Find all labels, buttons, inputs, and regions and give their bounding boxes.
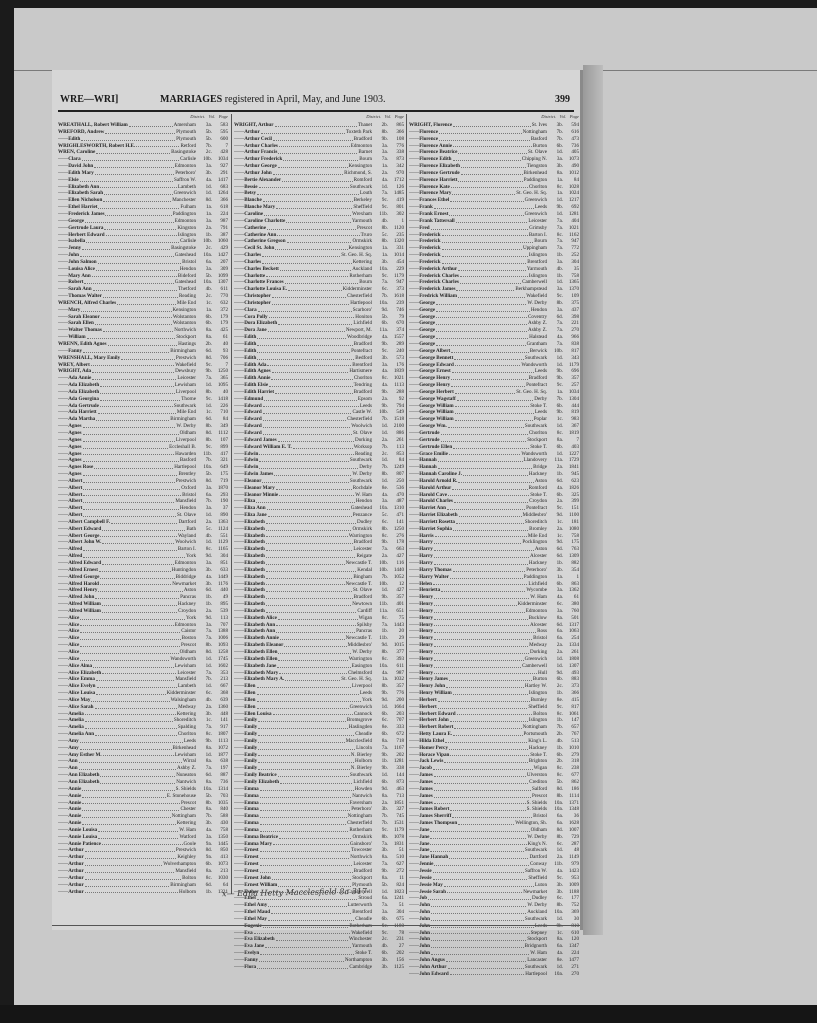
entry-name: Elizabeth Jane: [234, 663, 276, 670]
entry-row: HenryW. Ham4a.61: [409, 594, 579, 601]
entry-row: AliceEdmonton3a.707: [58, 622, 228, 629]
leader-dots: [266, 587, 352, 592]
entry-volume: 8b.: [372, 834, 388, 841]
entry-page: 1310: [388, 505, 404, 512]
entry-name: Emma Mary: [234, 841, 272, 848]
entry-district: Gainsboro': [350, 841, 372, 848]
entry-volume: 8b.: [547, 793, 563, 800]
leader-dots: [85, 724, 177, 729]
entry-page: 675: [388, 916, 404, 923]
entry-volume: 3b.: [196, 820, 212, 827]
entry-name: Ellen: [234, 690, 256, 697]
entry-name: Alice: [58, 622, 79, 629]
entry-volume: 8b.: [547, 834, 563, 841]
entry-name: Arthur: [58, 861, 84, 868]
entry-row: Elizabeth EllenW. Derby8b.377: [234, 649, 404, 656]
entry-volume: 3a.: [196, 622, 212, 629]
leader-dots: [450, 574, 523, 579]
entry-page: 11: [388, 875, 404, 882]
entry-volume: 2a.: [547, 498, 563, 505]
entry-row: Harry ThomasPeterboro'3b.354: [409, 567, 579, 574]
entry-district: Brentford: [352, 362, 372, 369]
entry-volume: 7a.: [372, 622, 388, 629]
entry-name: Edwin James: [234, 471, 273, 478]
entry-row: EmmaFaversham2a.1851: [234, 800, 404, 807]
entry-page: 302: [388, 211, 404, 218]
entry-volume: 2a.: [372, 170, 388, 177]
entry-page: 1024: [563, 190, 579, 197]
entry-volume: 6d.: [196, 772, 212, 779]
entry-page: 1826: [563, 485, 579, 492]
entry-district: Chester: [180, 806, 196, 813]
entry-name: Harry: [409, 546, 433, 553]
entry-row: James ThompsonWellington, Sh.6a.1628: [409, 820, 579, 827]
leader-dots: [269, 314, 355, 319]
entry-volume: 3a.: [372, 149, 388, 156]
entry-row: EvelynStoke T.6b.202: [234, 950, 404, 957]
entry-volume: 9c.: [547, 382, 563, 389]
entry-district: Dorking: [355, 437, 372, 444]
entry-name: Elizabeth: [234, 533, 265, 540]
entry-name: Harry: [409, 553, 433, 560]
entry-name: Ellen Nicholson: [58, 197, 102, 204]
entry-page: 84: [212, 416, 228, 423]
entry-volume: 9b.: [372, 389, 388, 396]
entry-district: Greenwich: [174, 190, 196, 197]
leader-dots: [258, 765, 350, 770]
entry-volume: 1c.: [196, 300, 212, 307]
leader-dots: [102, 560, 174, 565]
register-column-3: District. Vol. Page WRIGHT, FlorenceSt. …: [406, 114, 579, 894]
entry-volume: 6b.: [372, 916, 388, 923]
entry-volume: 3b.: [372, 259, 388, 266]
entry-row: Harriet ElizabethMiddlesbro'9d.1100: [409, 512, 579, 519]
leader-dots: [439, 136, 530, 141]
entry-page: 551: [212, 533, 228, 540]
entry-name: George: [409, 341, 435, 348]
entry-district: Lichfield: [528, 581, 547, 588]
entry-volume: 1b.: [196, 889, 212, 896]
entry-row: Alice ElizabethLeicester7a.353: [58, 670, 228, 677]
entry-volume: 9c.: [547, 293, 563, 300]
entry-row: Ada ElizabethLiverpool8b.40: [58, 389, 228, 396]
entry-page: 425: [212, 327, 228, 334]
entry-name: Elizabeth: [234, 574, 265, 581]
entry-page: 79: [388, 314, 404, 321]
entry-district: Bourn: [359, 156, 372, 163]
entry-name: George: [409, 300, 435, 307]
entry-district: Bromsgrove: [347, 717, 372, 724]
entry-row: Elizabeth EleanorMiddlesbro'9d.1015: [234, 642, 404, 649]
entry-row: EdithPlymouth5b.600: [58, 136, 228, 143]
entry-row: ElizabethLeicester7a.663: [234, 546, 404, 553]
entry-name: Annie: [58, 800, 81, 807]
entry-page: 1557: [388, 334, 404, 341]
entry-row: Elizabeth AnnSpilsby7a.1443: [234, 622, 404, 629]
leader-dots: [283, 156, 358, 161]
entry-volume: 5b.: [196, 273, 212, 280]
entry-volume: 7a.: [547, 218, 563, 225]
entry-name: Arthur Cecil: [234, 136, 272, 143]
entry-name: Annie: [58, 813, 81, 820]
leader-dots: [263, 423, 350, 428]
entry-district: Greenwich: [525, 656, 547, 663]
entry-page: 1729: [563, 457, 579, 464]
entry-page: 276: [388, 533, 404, 540]
entry-page: 763: [563, 546, 579, 553]
entry-district: Southwark: [350, 457, 372, 464]
entry-name: Elizabeth: [234, 567, 265, 574]
entry-district: Coventry: [528, 314, 547, 321]
entry-name: Ada Elizabeth: [58, 389, 99, 396]
entry-page: 419: [388, 197, 404, 204]
entry-volume: 1c.: [547, 416, 563, 423]
entry-row: ElizabethBradford9b.178: [234, 539, 404, 546]
scan-bottom-border: [0, 1005, 817, 1023]
entry-volume: 7a.: [372, 190, 388, 197]
entry-row: Annie PatienceGoole9a.1445: [58, 841, 228, 848]
entry-row: ElizabethCardiff11a.651: [234, 608, 404, 615]
entry-district: Peterboro': [351, 806, 372, 813]
entry-row: Eleanor MinnieW. Ham4a.470: [234, 492, 404, 499]
entry-volume: 9b.: [547, 375, 563, 382]
entry-name: Hetty Laura E.: [409, 731, 452, 738]
entry-row: James SherriffBristol6a.36: [409, 813, 579, 820]
entry-volume: 11b.: [372, 211, 388, 218]
entry-volume: 8d.: [196, 478, 212, 485]
entry-volume: 6b.: [547, 444, 563, 451]
entry-row: GeorgeW. Derby8b.375: [409, 300, 579, 307]
leader-dots: [451, 348, 529, 353]
entry-row: AgnesBasford7b.321: [58, 457, 228, 464]
leader-dots: [94, 464, 173, 469]
leader-dots: [257, 697, 362, 702]
entry-district: Wigan: [534, 765, 547, 772]
entry-volume: 8c.: [547, 184, 563, 191]
leader-dots: [85, 847, 175, 852]
leader-dots: [258, 731, 354, 736]
leader-dots: [258, 758, 354, 763]
entry-volume: 8b.: [196, 642, 212, 649]
entry-row: FlorenceBasford7b.473: [409, 136, 579, 143]
entry-page: 1073: [212, 861, 228, 868]
leader-dots: [80, 738, 183, 743]
leader-dots: [100, 533, 177, 538]
entry-page: 1: [388, 218, 404, 225]
entry-volume: 8b.: [196, 437, 212, 444]
leader-dots: [455, 416, 533, 421]
entry-district: Bedford: [355, 355, 372, 362]
entry-name: Jessie May: [409, 882, 443, 889]
entry-row: JobDudley6c.177: [409, 895, 579, 902]
entry-volume: 7a.: [196, 628, 212, 635]
entry-name: Thomas Walter: [58, 293, 102, 300]
entry-name: Alfred Henry: [58, 587, 97, 594]
leader-dots: [257, 334, 346, 339]
entry-district: Yarmouth: [352, 218, 372, 225]
entry-district: W. Derby: [527, 300, 547, 307]
entry-district: Saffron W.: [174, 177, 196, 184]
page-title: MARRIAGES registered in April, May, and …: [160, 94, 385, 105]
entry-volume: 1d.: [196, 512, 212, 519]
entry-page: 819: [563, 409, 579, 416]
entry-page: 1099: [212, 273, 228, 280]
entry-district: Northwich: [174, 327, 196, 334]
entry-district: Edmonton: [175, 622, 196, 629]
leader-dots: [260, 861, 353, 866]
entry-row: AgnesLiverpool8b.107: [58, 437, 228, 444]
entry-district: Burton: [533, 143, 547, 150]
entry-name: Agnes: [58, 437, 82, 444]
entry-volume: 9c.: [547, 704, 563, 711]
entry-page: 887: [212, 772, 228, 779]
leader-dots: [434, 786, 531, 791]
entry-page: 1014: [388, 252, 404, 259]
entry-name: Emma: [234, 827, 259, 834]
entry-volume: 1d.: [372, 772, 388, 779]
entry-district: N. Bierley: [351, 752, 372, 759]
entry-district: Berwick: [530, 348, 547, 355]
entry-row: Eleanor MaryRochdale8e.536: [234, 485, 404, 492]
leader-dots: [83, 505, 179, 510]
entry-name: Emily: [234, 745, 257, 752]
entry-district: Pancras: [180, 594, 196, 601]
entry-row: Emma MaryGainsboro'7a.1831: [234, 841, 404, 848]
entry-name: Edith: [234, 341, 256, 348]
leader-dots: [82, 156, 180, 161]
entry-district: Southwark: [350, 478, 372, 485]
entry-volume: 2b.: [547, 731, 563, 738]
entry-page: 718: [388, 738, 404, 745]
entry-row: EdwinSouthwark1d.84: [234, 457, 404, 464]
leader-dots: [111, 519, 177, 524]
entry-page: 417: [212, 451, 228, 458]
entry-name: Herbert Edward: [409, 711, 456, 718]
leader-dots: [275, 245, 347, 250]
entry-page: 1347: [563, 943, 579, 950]
entry-district: Mansfield: [175, 676, 196, 683]
entry-district: Nottingham: [523, 724, 547, 731]
entry-district: Ashby Z.: [528, 327, 547, 334]
entry-row: BetsyLouth7a.1485: [234, 190, 404, 197]
entry-page: 252: [563, 252, 579, 259]
entry-volume: 3a.: [547, 259, 563, 266]
entry-page: 1028: [563, 184, 579, 191]
entry-page: 696: [563, 368, 579, 375]
leader-dots: [459, 512, 522, 517]
entry-row: JohnBridgnorth6a.1347: [409, 943, 579, 950]
entry-name: Ada Annie: [58, 375, 91, 382]
entry-volume: 9b.: [196, 368, 212, 375]
entry-page: 181: [563, 519, 579, 526]
entry-row: GeorgeAshby Z.7a.270: [409, 327, 579, 334]
entry-volume: 8a.: [196, 758, 212, 765]
entry-page: 1362: [563, 587, 579, 594]
entry-district: Camberwell: [522, 279, 547, 286]
entry-volume: 6b.: [547, 581, 563, 588]
entry-volume: 8d.: [547, 827, 563, 834]
leader-dots: [273, 136, 353, 141]
leader-dots: [267, 225, 356, 230]
entry-district: Cambridge: [349, 964, 372, 971]
entry-district: Hendon: [180, 266, 196, 273]
entry-page: 288: [388, 389, 404, 396]
entry-row: ErnestLeicester7a.627: [234, 861, 404, 868]
entry-row: ClaraCarlisle10b.1034: [58, 156, 228, 163]
entry-volume: 9c.: [547, 505, 563, 512]
entry-district: Caistor: [181, 628, 196, 635]
entry-page: 1176: [212, 581, 228, 588]
entry-volume: 6c.: [196, 690, 212, 697]
entry-name: Elizabeth Eleanor: [234, 642, 283, 649]
entry-district: Leeds: [184, 738, 196, 745]
entry-volume: 6d.: [196, 882, 212, 889]
entry-volume: 3a.: [547, 608, 563, 615]
entry-district: Stoke T.: [355, 950, 372, 957]
entry-name: David John: [58, 163, 93, 170]
entry-name: Charles: [234, 252, 261, 259]
entry-row: AnnWirral8a.638: [58, 758, 228, 765]
entry-page: 261: [388, 437, 404, 444]
column-header: District. Vol. Page: [234, 114, 404, 122]
entry-row: ElizabethNewtown11b.401: [234, 601, 404, 608]
entry-district: Dudley: [357, 519, 372, 526]
entry-name: Arthur Francis: [234, 149, 277, 156]
entry-volume: 6a.: [547, 628, 563, 635]
entry-page: 1388: [212, 628, 228, 635]
entry-volume: 4b.: [372, 218, 388, 225]
entry-page: 2100: [388, 423, 404, 430]
entry-page: 398: [563, 314, 579, 321]
entry-row: John AngusLancaster8e.1477: [409, 957, 579, 964]
entry-name: Edith Mary: [58, 170, 94, 177]
leader-dots: [450, 717, 528, 722]
entry-page: 1052: [388, 574, 404, 581]
leader-dots: [92, 375, 176, 380]
entry-volume: 9b.: [547, 409, 563, 416]
entry-volume: 4a.: [547, 334, 563, 341]
leader-dots: [457, 711, 533, 716]
leader-dots: [458, 478, 533, 483]
entry-page: 1032: [388, 676, 404, 683]
entry-district: Rotherham: [349, 923, 372, 930]
entry-volume: 10a.: [372, 266, 388, 273]
entry-page: 27: [388, 943, 404, 950]
entry-page: 373: [563, 683, 579, 690]
entry-name: Frederick James: [409, 286, 455, 293]
entry-name: James: [409, 779, 433, 786]
entry-name: Emily: [234, 724, 257, 731]
entry-volume: 4a.: [196, 177, 212, 184]
entry-district: St. Olave: [177, 512, 196, 519]
leader-dots: [83, 485, 180, 490]
entry-page: 1113: [388, 382, 404, 389]
entry-volume: 7a.: [547, 341, 563, 348]
entry-row: ElizabethWarrington8c.276: [234, 533, 404, 540]
entry-row: Emily ElizabethLichfield6b.873: [234, 779, 404, 786]
entry-page: 899: [212, 444, 228, 451]
entry-name: Elizabeth: [234, 553, 265, 560]
entry-row: Ada ElizabethLewisham1d.1095: [58, 382, 228, 389]
leader-dots: [83, 512, 176, 517]
entry-row: WRIGHT, ArthurThanet2b.865: [234, 122, 404, 129]
entry-page: 51: [388, 902, 404, 909]
leader-dots: [268, 916, 354, 921]
leader-dots: [442, 238, 534, 243]
entry-name: Elizabeth Mary: [234, 670, 278, 677]
entry-page: 1162: [563, 232, 579, 239]
entry-name: Dora Elizabeth: [234, 320, 277, 327]
entry-volume: 9d.: [196, 615, 212, 622]
entry-volume: 8a.: [196, 806, 212, 813]
entry-district: Shoreditch: [525, 519, 547, 526]
entry-district: Boston: [182, 635, 196, 642]
entry-district: Hawarden: [175, 451, 196, 458]
entry-row: Henry WilliamIslington1b.366: [409, 690, 579, 697]
entry-page: 366: [563, 690, 579, 697]
entry-volume: 1d.: [547, 149, 563, 156]
entry-volume: 7b.: [196, 676, 212, 683]
entry-name: Homer Percy: [409, 745, 448, 752]
entry-name: Alice Evelyn: [58, 683, 96, 690]
entry-row: Ann ElizabethNantwich8a.736: [58, 779, 228, 786]
entry-row: Hetty Laura E.Portsmouth2b.767: [409, 731, 579, 738]
entry-name: Jessie: [409, 875, 432, 882]
leader-dots: [100, 396, 180, 401]
entry-name: Harriett Rosetta: [409, 519, 455, 526]
entry-volume: 1b.: [547, 273, 563, 280]
entry-row: George WilliamLeeds9b.819: [409, 409, 579, 416]
entry-page: 226: [212, 403, 228, 410]
entry-name: Ethel Harriet: [58, 204, 97, 211]
leader-dots: [456, 286, 514, 291]
leader-dots: [280, 266, 351, 271]
leader-dots: [285, 676, 340, 681]
entry-name: Emily: [234, 731, 257, 738]
entry-row: IsabellaCarlisle10b.1060: [58, 238, 228, 245]
entry-row: George Wm.Southwark1d.367: [409, 423, 579, 430]
entry-volume: 6d.: [196, 416, 212, 423]
entry-district: Luton: [535, 882, 547, 889]
entry-page: 583: [212, 122, 228, 129]
entry-page: 970: [388, 170, 404, 177]
entry-volume: 7b.: [196, 143, 212, 150]
entry-name: Albert: [58, 512, 82, 519]
entry-name: Ann Elizabeth: [58, 779, 99, 786]
entry-volume: 8b.: [547, 300, 563, 307]
leader-dots: [100, 574, 174, 579]
entry-row: ElizabethSt. Olave1d.427: [234, 587, 404, 594]
entry-volume: 3a.: [547, 587, 563, 594]
entry-volume: 2a.: [196, 225, 212, 232]
entry-district: Grimsby: [529, 225, 547, 232]
entry-name: WRIGHT, Ada: [58, 368, 91, 375]
entry-name: Harriet Elizabeth: [409, 512, 458, 519]
entry-row: JaneSouthwark1d.48: [409, 847, 579, 854]
entry-volume: 2a.: [196, 519, 212, 526]
entry-page: 1518: [388, 416, 404, 423]
entry-page: 1309: [563, 553, 579, 560]
entry-row: AlbertSt. Olave1d.890: [58, 512, 228, 519]
entry-name: Eva: [234, 930, 253, 937]
entry-name: Emily: [234, 758, 257, 765]
entry-row: Harold Arnold R.Aston6d.623: [409, 478, 579, 485]
leader-dots: [263, 403, 359, 408]
entry-row: AmeliaShoreditch1c.141: [58, 717, 228, 724]
entry-page: 983: [563, 416, 579, 423]
entry-volume: 1d.: [196, 184, 212, 191]
entry-name: Hannah: [409, 457, 437, 464]
